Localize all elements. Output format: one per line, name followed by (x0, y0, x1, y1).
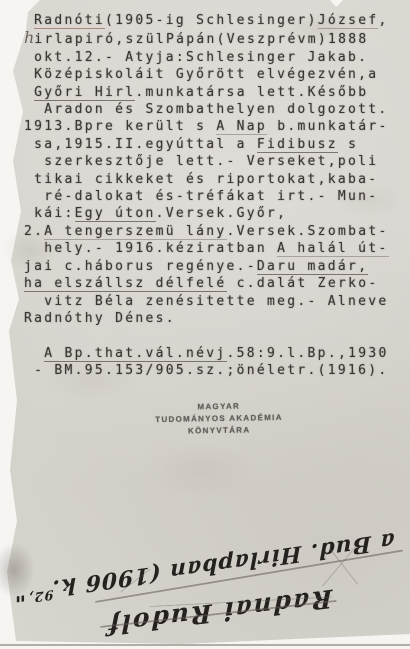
underlined-text: A Nap (216, 119, 267, 135)
typewritten-line: hely.- 1916.kéziratban A halál út- (24, 240, 389, 257)
typewritten-line: okt.12.- Atyja:Schlesinger Jakab. (24, 49, 389, 66)
underlined-text: ha elszállsz délfelé (24, 276, 227, 292)
underlined-text: Egy úton (75, 206, 156, 222)
scan-edge-shadow (0, 644, 410, 646)
typewritten-line: ré-dalokat és-tréfákat irt.- Mun- (24, 188, 389, 205)
typewritten-line: - BM.95.153/905.sz.;önéletr.(1916). (24, 362, 389, 379)
typewritten-line: 1913.Bpre került s A Nap b.munkatár- (24, 118, 389, 135)
underlined-text: A halál út- (277, 241, 388, 257)
underlined-text: Győri Hirl (34, 85, 135, 101)
underlined-text: A tengerszemü lány (44, 224, 226, 240)
typewritten-line: Radnóthy Dénes. (24, 310, 389, 327)
underlined-text: Fidibusz (257, 137, 338, 153)
typewritten-line: Radnóti(1905-ig Schlesinger)József, (24, 12, 389, 29)
typewritten-line: hirlapiró,szülPápán(Veszprévm)1888 (24, 29, 389, 48)
typewritten-line: 2.A tengerszemü lány.Versek.Szombat- (24, 223, 389, 240)
typewritten-line: jai c.háborus regénye.-Daru madár, (24, 258, 389, 275)
handwritten-quote-mark: " (14, 579, 26, 607)
typewritten-line: ha elszállsz délfelé c.dalát Zerko- (24, 275, 389, 292)
typewritten-line: tikai cikkeket és riportokat,kaba- (24, 171, 389, 188)
typewritten-line: A Bp.that.vál.névj.58:9.l.Bp.,1930 (24, 345, 389, 362)
handwritten-correction-letter: h (24, 28, 34, 47)
typewritten-line: vitz Béla zenésitette meg.- Alneve (24, 293, 389, 310)
typewritten-line: Aradon és Szombathelyen dolgozott. (24, 101, 389, 118)
scanned-catalog-card: Radnóti(1905-ig Schlesinger)József,hirla… (0, 0, 410, 649)
typewritten-line: Győri Hirl.munkatársa lett.Később (24, 84, 389, 101)
typewritten-text: Radnóti(1905-ig Schlesinger)József,hirla… (24, 12, 389, 380)
library-stamp: MAGYAR TUDOMÁNYOS AKADÉMIA KÖNYVTÁRA (119, 399, 320, 438)
underlined-text: Radnóti (34, 13, 105, 29)
typewritten-line: sa,1915.II.egyúttal a Fidibusz s (24, 136, 389, 153)
typewritten-line: Középiskoláit Győrött elvégezvén,a (24, 66, 389, 83)
underlined-text: A Bp.that.vál.névj (44, 346, 226, 362)
typewritten-line: kái:Egy úton.Versek.Győr, (24, 205, 389, 222)
underlined-text: Daru madár, (257, 259, 368, 275)
typewritten-line: szerkesztője lett.- Verseket,poli (24, 153, 389, 170)
underlined-text: József (318, 13, 379, 29)
typewritten-line (24, 327, 389, 344)
